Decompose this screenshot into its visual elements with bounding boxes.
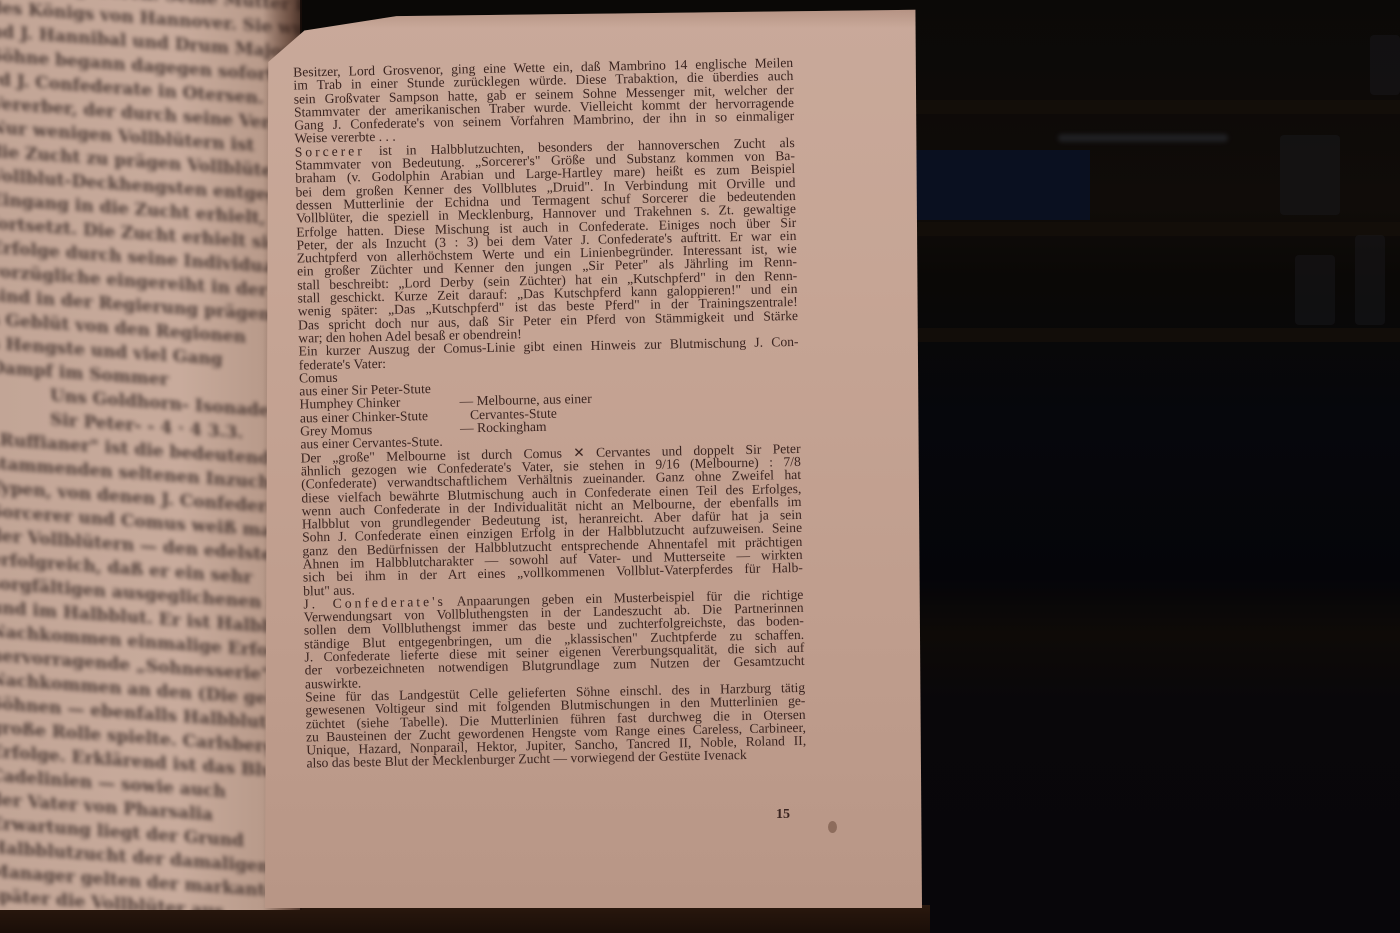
shelf-book bbox=[1355, 235, 1385, 325]
shelf-highlight bbox=[1058, 134, 1228, 142]
right-page: Besitzer, Lord Grosvenor, ging eine Wett… bbox=[265, 8, 922, 908]
shelf-book bbox=[1280, 135, 1340, 215]
shelf-plank bbox=[900, 100, 1400, 114]
shelf-book bbox=[1370, 35, 1400, 95]
shelf-book bbox=[900, 150, 1090, 220]
paper-stain bbox=[828, 821, 837, 833]
left-page: England geboren. Seine Mutter ist 1911de… bbox=[0, 0, 300, 910]
bookshelf-background bbox=[900, 0, 1400, 933]
page-top-shadow bbox=[265, 8, 922, 28]
page-body-text: Besitzer, Lord Grosvenor, ging eine Wett… bbox=[293, 56, 806, 770]
page-number: 15 bbox=[776, 807, 790, 823]
shelf-plank bbox=[900, 222, 1400, 236]
pedigree-table: Comusaus einer Sir Peter-StuteHumphey Ch… bbox=[299, 362, 800, 451]
shelf-book bbox=[1295, 255, 1335, 325]
left-page-blurred-text: England geboren. Seine Mutter ist 1911de… bbox=[0, 0, 300, 910]
shelf-plank bbox=[900, 328, 1400, 342]
